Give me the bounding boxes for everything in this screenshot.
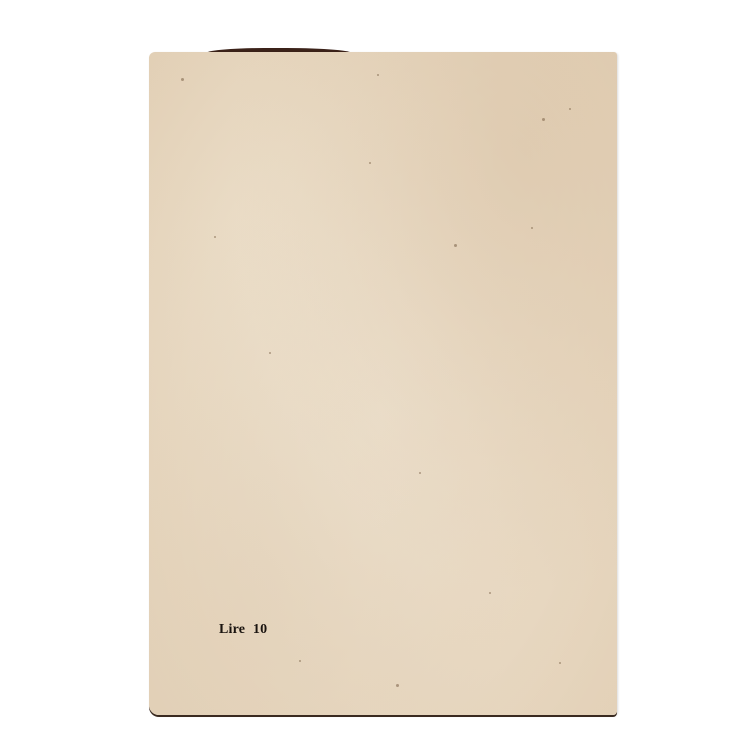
paper-speck (396, 684, 399, 687)
paper-speck (377, 74, 379, 76)
paper-speck (369, 162, 371, 164)
paper-speck (454, 244, 457, 247)
paper-speck (419, 472, 421, 474)
paper-speck (542, 118, 545, 121)
price-label: Lire 10 (219, 622, 267, 638)
paper-speck (559, 662, 561, 664)
paper-speck (531, 227, 533, 229)
paper-speck (569, 108, 571, 110)
paper-speck (214, 236, 216, 238)
paper-speck (269, 352, 271, 354)
book-back-cover (149, 52, 617, 715)
paper-speck (181, 78, 184, 81)
photo-stage: Lire 10 (0, 0, 750, 750)
paper-speck (299, 660, 301, 662)
paper-speck (489, 592, 491, 594)
